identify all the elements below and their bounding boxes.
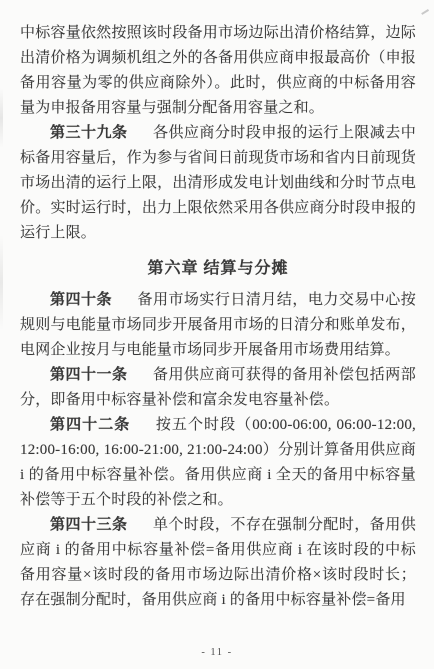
page-number: - 11 -: [0, 647, 434, 658]
article-41-number: 第四十一条: [50, 367, 127, 383]
article-43-paragraph: 第四十三条单个时段，不存在强制分配时，备用供应商 i 的备用中标容量补偿=备用供…: [20, 513, 416, 613]
document-page: 中标容量依然按照该时段备用市场边际出清价格结算，边际出清价格为调频机组之外的各备…: [0, 0, 434, 669]
article-41-paragraph: 第四十一条备用供应商可获得的备用补偿包括两部分，即备用中标容量补偿和富余发电容量…: [20, 363, 416, 413]
article-42-number: 第四十二条: [50, 417, 130, 433]
chapter-heading: 第六章 结算与分摊: [20, 256, 416, 281]
article-40-paragraph: 第四十条备用市场实行日清月结，电力交易中心按规则与电能量市场同步开展备用市场的日…: [20, 288, 416, 363]
page-content: 中标容量依然按照该时段备用市场边际出清价格结算，边际出清价格为调频机组之外的各备…: [0, 0, 434, 613]
article-39-paragraph: 第三十九条各供应商分时段申报的运行上限减去中标备用容量后，作为参与省间日前现货市…: [20, 121, 416, 246]
article-43-number: 第四十三条: [50, 517, 127, 533]
paragraph-continuation: 中标容量依然按照该时段备用市场边际出清价格结算，边际出清价格为调频机组之外的各备…: [20, 21, 416, 121]
article-42-paragraph: 第四十二条按五个时段（00:00-06:00, 06:00-12:00, 12:…: [20, 413, 416, 513]
article-40-number: 第四十条: [50, 292, 112, 308]
article-39-text: 各供应商分时段申报的运行上限减去中标备用容量后，作为参与省间日前现货市场和省内日…: [20, 125, 416, 241]
article-39-number: 第三十九条: [50, 125, 127, 141]
